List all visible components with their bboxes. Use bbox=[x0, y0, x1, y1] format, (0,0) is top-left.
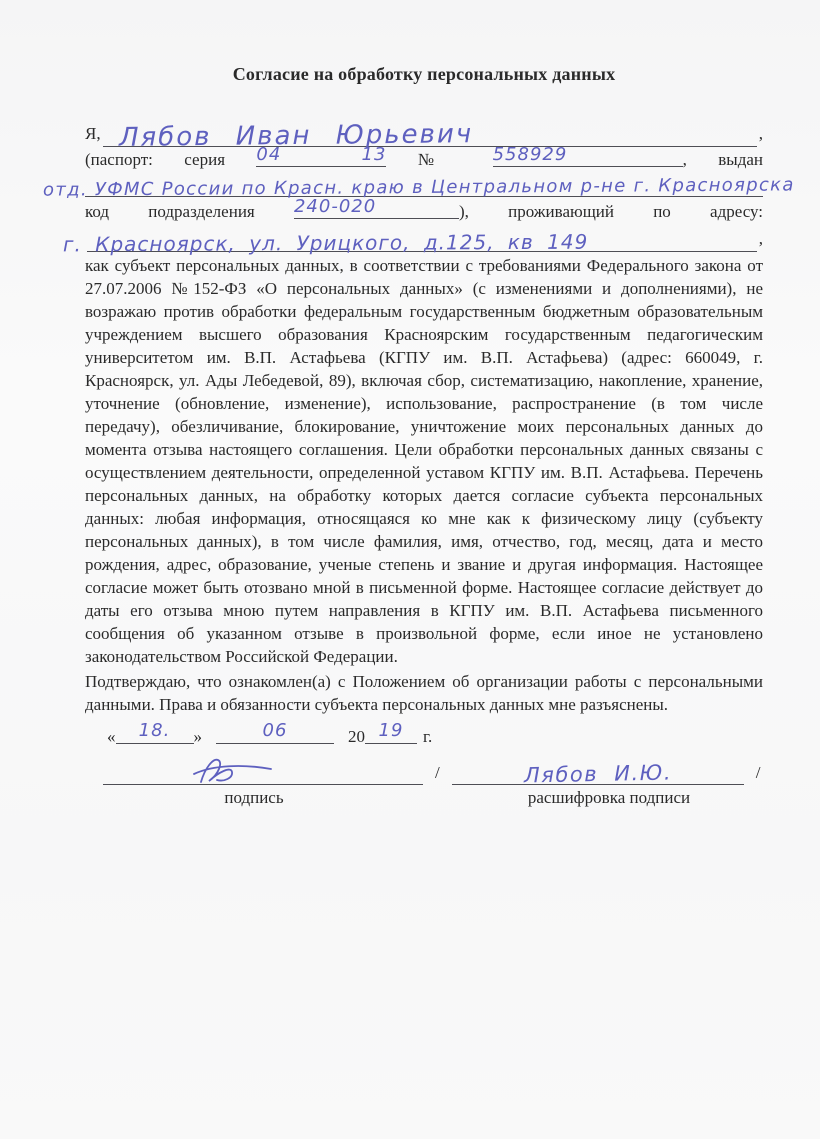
century-prefix: 20 bbox=[348, 727, 365, 746]
passport-line: (паспорт: серия 04 13 № 558929, выдан bbox=[85, 147, 763, 173]
close-quote: » bbox=[194, 727, 203, 746]
unit-code-blank: 240-020 bbox=[294, 204, 459, 219]
signature-scribble bbox=[191, 752, 275, 790]
address-line: г. Красноярск, ул. Урицкого, д.125, кв 1… bbox=[85, 225, 763, 252]
number-sign: № bbox=[418, 150, 461, 169]
transcript-blank: Лябов И.Ю. bbox=[452, 761, 744, 785]
signature-row: / Лябов И.Ю. / bbox=[85, 755, 763, 785]
number-blank: 558929 bbox=[493, 152, 683, 167]
date-line: «18.»062019г. bbox=[85, 723, 763, 751]
year-handwritten: 19 bbox=[365, 717, 417, 745]
slash: / bbox=[435, 761, 440, 785]
trailing-comma: , bbox=[759, 121, 763, 147]
transcript-caption: расшифровка подписи bbox=[459, 786, 759, 810]
full-name-handwritten: Лябов Иван Юрьевич bbox=[118, 121, 472, 151]
unit-code-close: ), bbox=[459, 202, 469, 221]
day-blank: 18. bbox=[116, 729, 194, 744]
signature-blank bbox=[103, 761, 423, 785]
scanned-page: Согласие на обработку персональных данны… bbox=[0, 0, 820, 1139]
unit-code-line: код подразделения 240-020), проживающий … bbox=[85, 199, 763, 225]
issued-label: выдан bbox=[718, 150, 763, 169]
name-line: Я, Лябов Иван Юрьевич , bbox=[85, 107, 763, 147]
slash: / bbox=[756, 761, 761, 785]
series-blank: 04 13 bbox=[256, 152, 386, 167]
page-title: Согласие на обработку персональных данны… bbox=[85, 64, 763, 85]
full-name-blank: Лябов Иван Юрьевич bbox=[103, 125, 757, 147]
trailing-comma: , bbox=[759, 226, 763, 252]
month-handwritten: 06 bbox=[216, 717, 334, 745]
issued-by-blank: отд. УФМС России по Красн. краю в Центра… bbox=[85, 173, 763, 197]
document-content: Согласие на обработку персональных данны… bbox=[85, 64, 763, 810]
unit-code-label: код подразделения bbox=[85, 202, 255, 221]
address-blank: г. Красноярск, ул. Урицкого, д.125, кв 1… bbox=[87, 230, 757, 252]
residing-label: проживающий по адресу: bbox=[508, 202, 763, 221]
series-label: серия bbox=[184, 150, 225, 169]
comma: , bbox=[683, 150, 687, 169]
passport-label: (паспорт: bbox=[85, 150, 153, 169]
year-suffix: г. bbox=[423, 727, 432, 746]
ya-label: Я, bbox=[85, 121, 101, 147]
day-handwritten: 18. bbox=[116, 717, 194, 745]
month-blank: 06 bbox=[216, 729, 334, 744]
open-quote: « bbox=[107, 727, 116, 746]
signature-captions: подпись расшифровка подписи bbox=[85, 786, 763, 810]
acknowledgement-paragraph: Подтверждаю, что ознакомлен(а) с Положен… bbox=[85, 670, 763, 716]
year-blank: 19 bbox=[365, 729, 417, 744]
issued-by-line: отд. УФМС России по Красн. краю в Центра… bbox=[85, 173, 763, 199]
transcript-handwritten: Лябов И.Ю. bbox=[452, 759, 744, 789]
consent-paragraph: как субъект персональных данных, в соотв… bbox=[85, 254, 763, 668]
